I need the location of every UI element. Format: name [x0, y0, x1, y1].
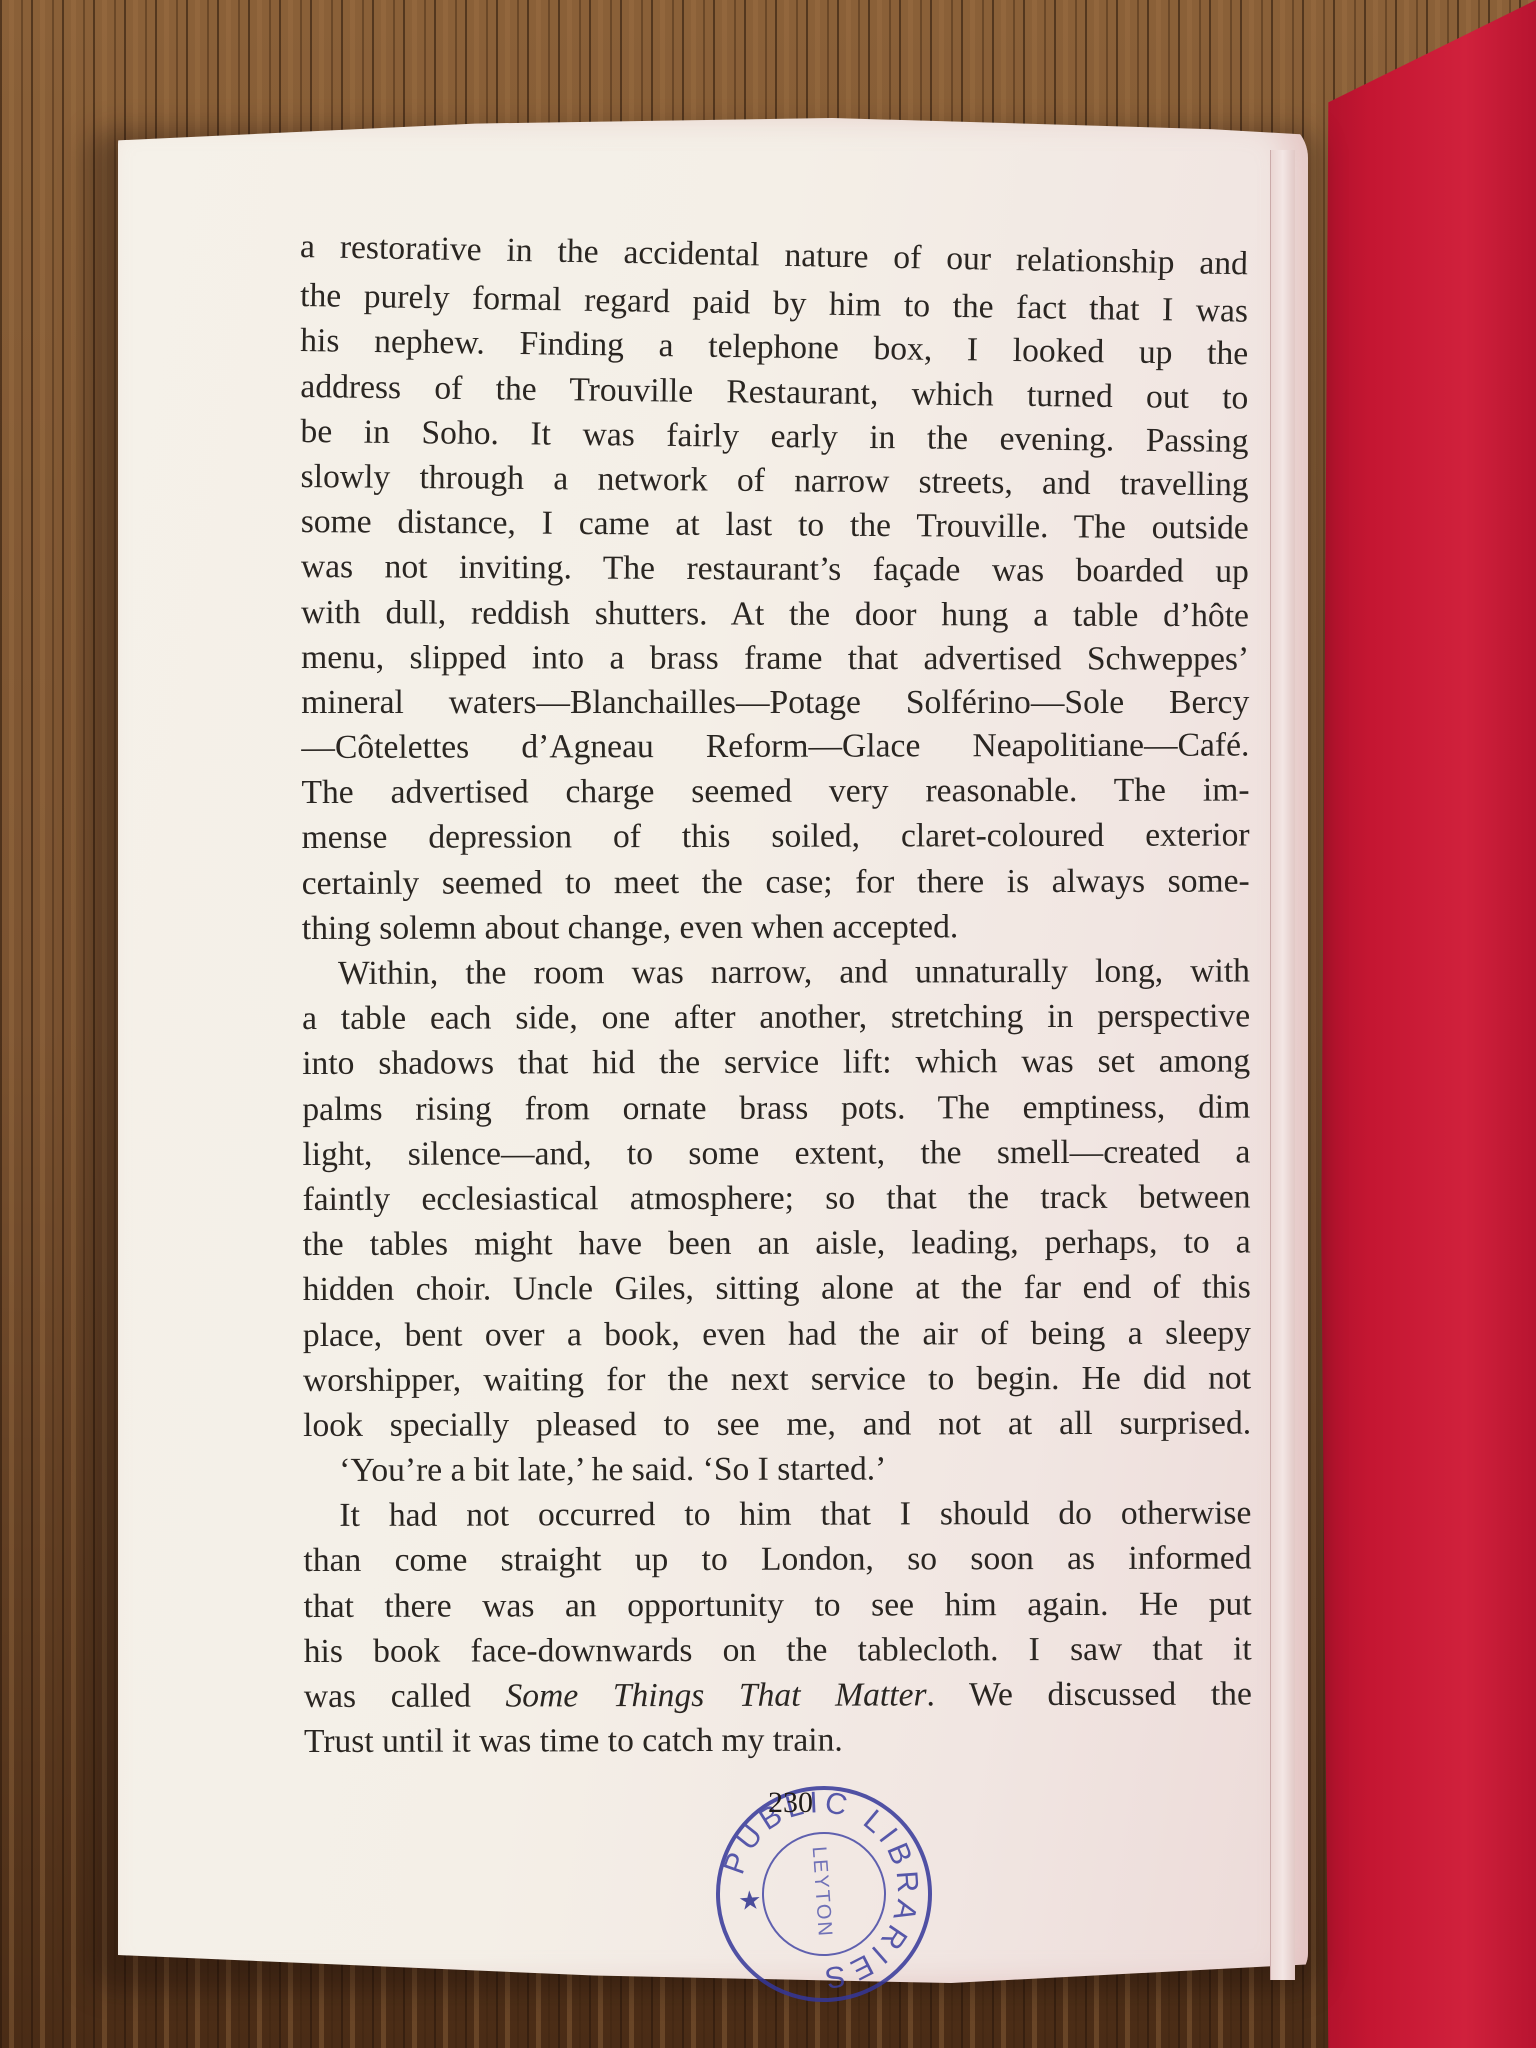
text-line: mense depression of this soiled, claret-… — [302, 813, 1250, 861]
text-line: his book face-downwards on the tableclot… — [304, 1626, 1252, 1674]
text-line: look specially pleased to see me, and no… — [303, 1400, 1251, 1448]
book-title-italic: Some Things That Matter — [505, 1676, 926, 1714]
text-line: worshipper, waiting for the next service… — [303, 1355, 1251, 1403]
library-stamp: PUBLIC LIBRARIES ★ LEYTON — [709, 1779, 940, 2010]
page-edge-gutter — [1270, 150, 1295, 1980]
text-line: place, bent over a book, even had the ai… — [303, 1310, 1251, 1358]
text-fragment: . We discussed the — [926, 1676, 1251, 1714]
text-line: with dull, reddish shutters. At the door… — [301, 589, 1249, 637]
text-line: that there was an opportunity to see him… — [304, 1581, 1252, 1629]
text-line: a table each side, one after another, st… — [302, 994, 1250, 1042]
text-line: The advertised charge seemed very reason… — [301, 768, 1249, 816]
text-line: —Côtelettes d’Agneau Reform—Glace Neapol… — [301, 723, 1249, 771]
text-line: Trust until it was time to catch my trai… — [304, 1717, 1252, 1765]
star-icon: ★ — [737, 1885, 762, 1916]
text-line: into shadows that hid the service lift: … — [302, 1039, 1250, 1087]
dialogue-line: ‘You’re a bit late,’ he said. ‘So I star… — [303, 1446, 1251, 1494]
paragraph-start-line: Within, the room was narrow, and unnatur… — [302, 949, 1250, 997]
text-line: the tables might have been an aisle, lea… — [303, 1220, 1251, 1268]
text-line: hidden choir. Uncle Giles, sitting alone… — [303, 1265, 1251, 1313]
text-line: mineral waters—Blanchailles—Potage Solfé… — [301, 680, 1249, 725]
text-line: some distance, I came at last to the Tro… — [301, 499, 1249, 551]
text-line: faintly ecclesiastical atmosphere; so th… — [302, 1174, 1250, 1222]
text-line: thing solemn about change, even when acc… — [302, 903, 1250, 951]
red-book-cover — [1300, 0, 1536, 2048]
paragraph-start-line: It had not occurred to him that I should… — [303, 1491, 1251, 1539]
page-body-text: a restorative in the accidental nature o… — [300, 226, 1252, 1765]
text-line: menu, slipped into a brass frame that ad… — [301, 635, 1249, 682]
text-line: palms rising from ornate brass pots. The… — [302, 1084, 1250, 1132]
text-line: light, silence—and, to some extent, the … — [302, 1129, 1250, 1177]
stamp-inner-text: LEYTON — [758, 1828, 886, 1956]
page-number: 230 — [768, 1786, 813, 1820]
text-line: was not inviting. The restaurant’s façad… — [301, 544, 1249, 594]
text-fragment: was called — [304, 1677, 506, 1715]
text-line: than come straight up to London, so soon… — [303, 1536, 1251, 1584]
text-line: certainly seemed to meet the case; for t… — [302, 858, 1250, 906]
text-line-with-book-title: was called Some Things That Matter. We d… — [304, 1672, 1252, 1720]
